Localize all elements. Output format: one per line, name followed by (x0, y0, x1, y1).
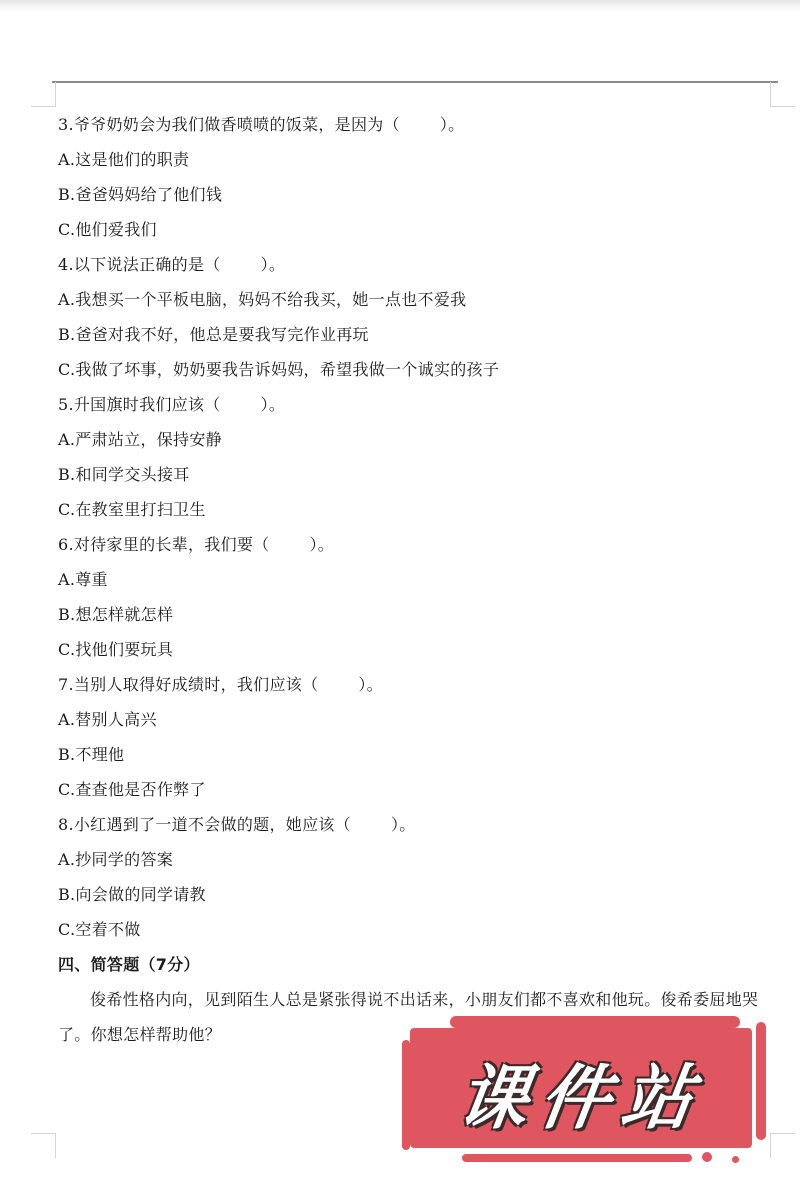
page-top-shadow (0, 0, 800, 12)
question-4-option-c: C.我做了坏事，奶奶要我告诉妈妈，希望我做一个诚实的孩子 (58, 356, 780, 391)
stamp-edge (462, 1154, 692, 1162)
question-7-option-a: A.替别人高兴 (58, 706, 780, 741)
question-3-stem: 3.爷爷奶奶会为我们做香喷喷的饭菜，是因为（）。 (58, 111, 780, 146)
question-text-end: ）。 (261, 255, 286, 274)
section-title: 四、简答题（7分） (58, 951, 780, 986)
question-text: 3.爷爷奶奶会为我们做香喷喷的饭菜，是因为（ (58, 115, 400, 134)
stamp-speck (732, 1156, 739, 1163)
document-body: 3.爷爷奶奶会为我们做香喷喷的饭菜，是因为（）。 A.这是他们的职责 B.爸爸妈… (58, 111, 780, 1052)
question-text-end: ）。 (261, 395, 286, 414)
question-text: 4.以下说法正确的是（ (58, 255, 221, 274)
question-text: 8.小红遇到了一道不会做的题，她应该（ (58, 815, 351, 834)
question-7-option-b: B.不理他 (58, 741, 780, 776)
question-5-stem: 5.升国旗时我们应该（）。 (58, 391, 780, 426)
margin-corner-top-left (31, 82, 56, 107)
question-3-option-a: A.这是他们的职责 (58, 146, 780, 181)
question-4-stem: 4.以下说法正确的是（）。 (58, 251, 780, 286)
question-text: 7.当别人取得好成绩时，我们应该（ (58, 675, 318, 694)
margin-corner-bottom-right (770, 1133, 795, 1158)
question-text: 5.升国旗时我们应该（ (58, 395, 221, 414)
question-7-stem: 7.当别人取得好成绩时，我们应该（）。 (58, 671, 780, 706)
watermark-stamp: 课件站 (402, 1016, 768, 1166)
question-6-option-a: A.尊重 (58, 566, 780, 601)
question-8-stem: 8.小红遇到了一道不会做的题，她应该（）。 (58, 811, 780, 846)
question-3-option-c: C.他们爱我们 (58, 216, 780, 251)
stamp-edge (756, 1022, 766, 1140)
stamp-edge (402, 1040, 410, 1150)
header-rule (52, 81, 778, 83)
question-3-option-b: B.爸爸妈妈给了他们钱 (58, 181, 780, 216)
margin-corner-top-right (770, 82, 795, 107)
question-7-option-c: C.查查他是否作弊了 (58, 776, 780, 811)
question-6-option-c: C.找他们要玩具 (58, 636, 780, 671)
question-text-end: ）。 (309, 535, 334, 554)
question-text-end: ）。 (391, 815, 416, 834)
margin-corner-bottom-left (31, 1133, 56, 1158)
question-8-option-a: A.抄同学的答案 (58, 846, 780, 881)
question-text-end: ）。 (358, 675, 383, 694)
question-6-option-b: B.想怎样就怎样 (58, 601, 780, 636)
stamp-edge (450, 1016, 740, 1028)
question-8-option-b: B.向会做的同学请教 (58, 881, 780, 916)
question-5-option-b: B.和同学交头接耳 (58, 461, 780, 496)
question-4-option-b: B.爸爸对我不好，他总是要我写完作业再玩 (58, 321, 780, 356)
question-4-option-a: A.我想买一个平板电脑，妈妈不给我买，她一点也不爱我 (58, 286, 780, 321)
question-text-end: ）。 (440, 115, 465, 134)
question-6-stem: 6.对待家里的长辈，我们要（）。 (58, 531, 780, 566)
question-5-option-a: A.严肃站立，保持安静 (58, 426, 780, 461)
question-text: 6.对待家里的长辈，我们要（ (58, 535, 269, 554)
stamp-speck (702, 1152, 712, 1162)
question-8-option-c: C.空着不做 (58, 916, 780, 951)
watermark-text: 课件站 (425, 1042, 739, 1142)
question-5-option-c: C.在教室里打扫卫生 (58, 496, 780, 531)
